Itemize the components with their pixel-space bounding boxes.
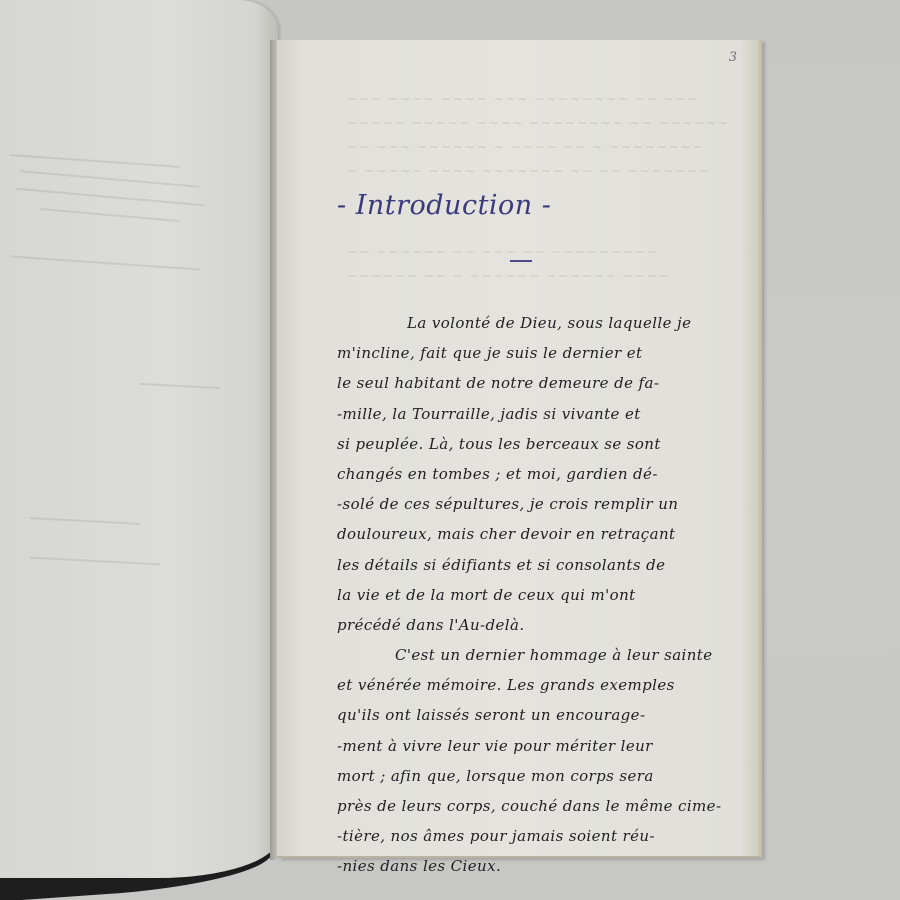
- text-line: -solé de ces sépultures, je crois rempli…: [337, 489, 757, 519]
- text-line: qu'ils ont laissés seront un encourage-: [337, 700, 757, 730]
- text-line: -mille, la Tourraille, jadis si vivante …: [337, 399, 757, 429]
- bleed-through-text: ~ ~~~~~ ~~~~ ~~~~~~~ ~~ ~~ ~~~~~~~: [347, 164, 737, 179]
- bleed-through-line: [15, 188, 204, 207]
- text-line: si peuplée. Là, tous les berceaux se son…: [337, 429, 757, 459]
- page-number: 3: [729, 50, 737, 65]
- left-page: [0, 0, 278, 878]
- bleed-through-text: ~~~ ~~~~ ~~~~ ~~~ ~~~~~~~~ ~~ ~~~: [347, 92, 737, 107]
- text-line: et vénérée mémoire. Les grands exemples: [337, 670, 757, 700]
- text-line: le seul habitant de notre demeure de fa-: [337, 368, 757, 398]
- page-title: - Introduction -: [337, 190, 637, 221]
- manuscript-body: La volonté de Dieu, sous laquelle je m'i…: [337, 308, 757, 882]
- text-line: changés en tombes ; et moi, gardien dé-: [337, 459, 757, 489]
- text-line: La volonté de Dieu, sous laquelle je: [337, 308, 757, 338]
- bleed-through-line: [10, 255, 200, 270]
- text-line: m'incline, fait que je suis le dernier e…: [337, 338, 757, 368]
- bleed-through-line: [40, 208, 180, 222]
- text-line: précédé dans l'Au-delà.: [337, 610, 757, 640]
- text-line: -nies dans les Cieux.: [337, 851, 757, 881]
- bleed-through-line: [10, 154, 180, 168]
- text-line: douloureux, mais cher devoir en retraçan…: [337, 519, 757, 549]
- right-page: 3 ~~~ ~~~~ ~~~~ ~~~ ~~~~~~~~ ~~ ~~~ ~~~~…: [277, 40, 762, 858]
- text-line: les détails si édifiants et si consolant…: [337, 550, 757, 580]
- bleed-through-line: [30, 517, 140, 525]
- bleed-through-line: [140, 383, 220, 389]
- bleed-through-text: ~~~~~~ ~~ ~ ~~~~~~ ~~~~~~ ~~~~: [347, 269, 737, 284]
- bleed-through-line: [20, 170, 199, 188]
- bleed-through-line: [30, 557, 160, 566]
- text-line: près de leurs corps, couché dans le même…: [337, 791, 757, 821]
- text-line: mort ; afin que, lorsque mon corps sera: [337, 761, 757, 791]
- text-line: C'est un dernier hommage à leur sainte: [337, 640, 757, 670]
- bleed-through-text: ~~ ~~~ ~~~~~~ ~ ~~~~ ~~ ~ ~~~~~~~~: [347, 140, 737, 155]
- text-line: -ment à vivre leur vie pour mériter leur: [337, 731, 757, 761]
- title-underline: [510, 260, 532, 262]
- text-line: -tière, nos âmes pour jamais soient réu-: [337, 821, 757, 851]
- text-line: la vie et de la mort de ceux qui m'ont: [337, 580, 757, 610]
- bleed-through-text: ~~~~~ ~~~~~ ~~~~ ~~~~~~~~ ~~ ~~~~~~: [347, 116, 737, 131]
- bleed-through-text: ~~ ~~~~~~ ~~ ~~~ ~~ ~~~~~~~~~: [347, 245, 737, 260]
